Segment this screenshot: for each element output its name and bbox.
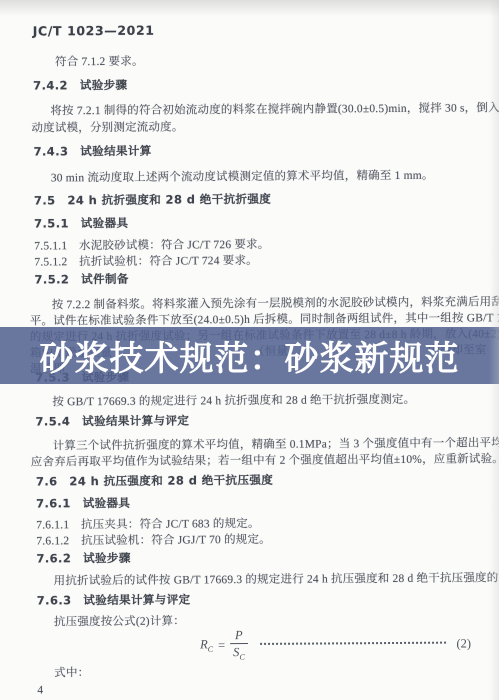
doc-line: 将按 7.2.1 制得的符合初始流动度的料浆在搅拌碗内静置(30.0±0.5)m… bbox=[50, 99, 499, 118]
doc-line: 7.5.1 试验器具 bbox=[34, 215, 128, 232]
doc-line: 7.6.1.2 抗压试验机：符合 JGJ/T 70 的规定。 bbox=[36, 531, 271, 549]
doc-line: 按 GB/T 17669.3 的规定进行 24 h 抗折强度和 28 d 绝干抗… bbox=[52, 391, 415, 410]
doc-line: 7.5.2 试件制备 bbox=[34, 271, 128, 288]
formula-symbol: R bbox=[200, 637, 208, 651]
doc-line: 7.4.3 试验结果计算 bbox=[34, 143, 152, 160]
doc-line: 7.6 24 h 抗压强度和 28 d 绝干抗压强度 bbox=[36, 472, 273, 490]
doc-line: 7.6.1.1 抗压夹具：符合 JC/T 683 的规定。 bbox=[36, 515, 260, 533]
fraction-denominator: SC bbox=[230, 644, 248, 662]
equals-sign: = bbox=[218, 638, 225, 653]
doc-line: 7.6.3 试验结果计算与评定 bbox=[37, 591, 191, 608]
standard-code: JC/T 1023—2021 bbox=[33, 23, 155, 39]
fraction-numerator: P bbox=[232, 629, 246, 644]
doc-line: 30 min 流动度取上述两个流动度试模测定值的算术平均值，精确至 1 mm。 bbox=[51, 167, 434, 186]
doc-line: 7.5.1.2 抗折试验机：符合 JC/T 724 要求。 bbox=[34, 252, 258, 270]
formula-lhs: RC bbox=[200, 637, 213, 654]
doc-line: 7.5.1.1 水泥胶砂试模：符合 JC/T 726 要求。 bbox=[34, 236, 269, 254]
dotted-leader bbox=[260, 642, 447, 645]
overlay-banner: 砂浆技术规范：砂浆新规范 bbox=[0, 327, 499, 384]
page-number: 4 bbox=[37, 684, 43, 696]
document-page: RC = P SC (2) JC/T 1023—2021符合 7.1.2 要求。… bbox=[0, 0, 499, 700]
denominator-subscript: C bbox=[239, 653, 244, 662]
formula-symbol-subscript: C bbox=[208, 645, 213, 654]
formula-fraction: P SC bbox=[230, 629, 248, 662]
formula-spacer bbox=[34, 645, 200, 646]
doc-line: 应舍弃后再取平均值作为试验结果；若一组中有 2 个强度值超出平均值±10%，应重… bbox=[31, 450, 499, 469]
overlay-title: 砂浆技术规范：砂浆新规范 bbox=[40, 331, 460, 380]
doc-line: 用抗折试验后的试件按 GB/T 17669.3 的规定进行 24 h 抗压强度和… bbox=[54, 569, 499, 588]
doc-line: 动度试模，分别测定流动度。 bbox=[31, 118, 183, 135]
doc-line: 式中： bbox=[54, 664, 89, 680]
doc-line: 抗压强度按公式(2)计算： bbox=[54, 612, 185, 629]
doc-line: 7.5.4 试验结果计算与评定 bbox=[35, 412, 189, 429]
doc-line: 7.6.1 试验器具 bbox=[36, 495, 130, 512]
doc-line: 符合 7.1.2 要求。 bbox=[55, 53, 144, 70]
doc-line: 7.4.2 试验步骤 bbox=[33, 77, 127, 94]
doc-line: 7.5 24 h 抗折强度和 28 d 绝干抗折强度 bbox=[34, 191, 271, 209]
equation-number: (2) bbox=[456, 636, 471, 651]
doc-line: 7.6.2 试验步骤 bbox=[36, 550, 130, 567]
